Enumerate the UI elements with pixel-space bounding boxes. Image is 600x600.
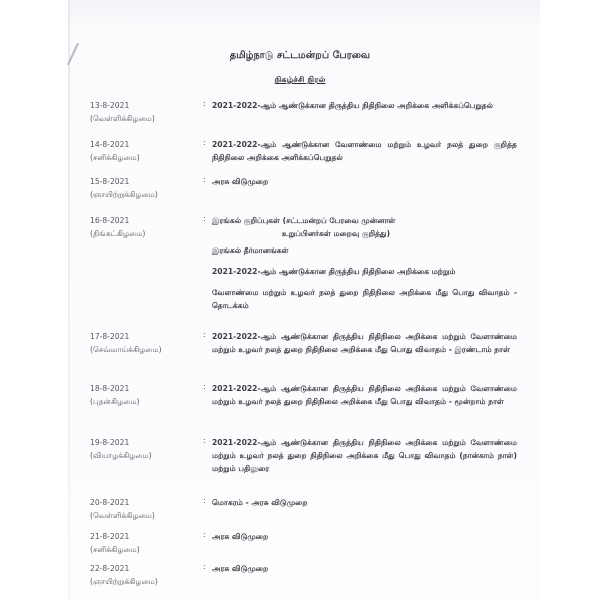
separator: :	[203, 175, 206, 184]
separator: :	[203, 330, 206, 339]
separator: :	[203, 382, 206, 391]
schedule-item: அரசு விடுமுறை	[212, 562, 517, 583]
schedule-date: 18-8-2021 (புதன்கிழமை)	[90, 382, 200, 408]
schedule-date: 16-8-2021 (திங்கட்கிழமை)	[90, 214, 200, 240]
schedule-item: இரங்கல் குறிப்புகள் (சட்டமன்றப் பேரவை மு…	[212, 214, 517, 320]
schedule-date: 15-8-2021 (ஞாயிற்றுக்கிழமை)	[90, 175, 200, 201]
document-subtitle: நிகழ்ச்சி நிரல்	[0, 75, 600, 85]
schedule-item: 2021-2022-ஆம் ஆண்டுக்கான திருத்திய நிதிந…	[212, 330, 517, 364]
schedule-date: 13-8-2021 (வெள்ளிக்கிழமை)	[90, 99, 200, 125]
schedule-date: 17-8-2021 (செவ்வாய்க்கிழமை)	[90, 330, 200, 356]
schedule-item: 2021-2022-ஆம் ஆண்டுக்கான திருத்திய நிதிந…	[212, 99, 517, 120]
document-title: தமிழ்நாடு சட்டமன்றப் பேரவை	[0, 50, 600, 62]
schedule-item: 2021-2022-ஆம் ஆண்டுக்கான திருத்திய நிதிந…	[212, 436, 517, 483]
schedule-date: 19-8-2021 (வியாழக்கிழமை)	[90, 436, 200, 462]
schedule-date: 14-8-2021 (சனிக்கிழமை)	[90, 138, 200, 164]
separator: :	[203, 138, 206, 147]
schedule-item: மொகரம் - அரசு விடுமுறை	[212, 496, 517, 517]
schedule-date: 21-8-2021 (சனிக்கிழமை)	[90, 530, 200, 556]
schedule-date: 20-8-2021 (வெள்ளிக்கிழமை)	[90, 496, 200, 522]
separator: :	[203, 530, 206, 539]
separator: :	[203, 214, 206, 223]
schedule-date: 22-8-2021 (ஞாயிற்றுக்கிழமை)	[90, 562, 200, 588]
separator: :	[203, 562, 206, 571]
separator: :	[203, 99, 206, 108]
separator: :	[203, 436, 206, 445]
schedule-item: அரசு விடுமுறை	[212, 530, 517, 551]
schedule-item: அரசு விடுமுறை	[212, 175, 517, 196]
separator: :	[203, 496, 206, 505]
schedule-item: 2021-2022-ஆம் ஆண்டுக்கான வேளாண்மை மற்றும…	[212, 138, 517, 172]
schedule-item: 2021-2022-ஆம் ஆண்டுக்கான திருத்திய நிதிந…	[212, 382, 517, 416]
